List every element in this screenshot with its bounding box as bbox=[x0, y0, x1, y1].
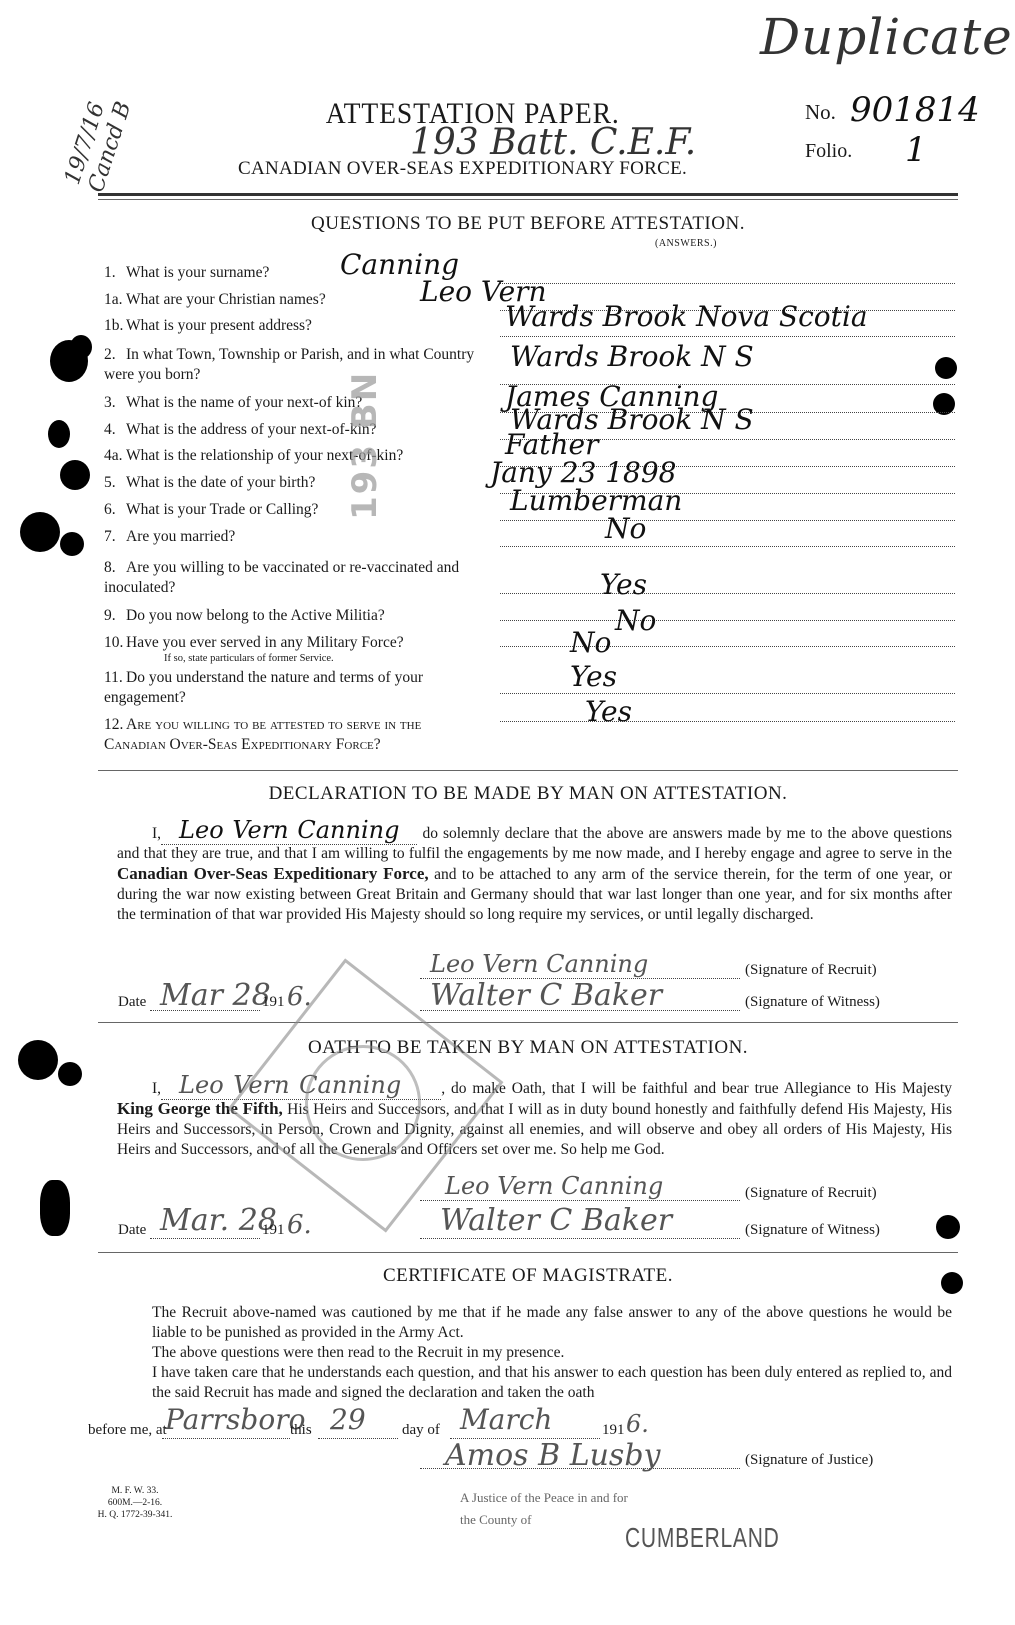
question-number: 10. bbox=[104, 633, 126, 653]
declaration-bold-1: Canadian Over-Seas Expeditionary Force, bbox=[117, 864, 429, 883]
question-text: What is your surname? bbox=[126, 264, 269, 281]
question-number: 6. bbox=[104, 500, 126, 520]
before-me-label: before me, at bbox=[88, 1422, 167, 1439]
justice-of-peace-line-2: the County of bbox=[460, 1512, 532, 1528]
certificate-year-prefix: 191 bbox=[602, 1422, 625, 1439]
oath-date-label: Date bbox=[118, 1222, 146, 1239]
question-text: Do you now belong to the Active Militia? bbox=[126, 607, 385, 624]
question-row: 2.In what Town, Township or Parish, and … bbox=[104, 345, 484, 385]
declaration-prefix: I, bbox=[117, 825, 161, 842]
answer-value: Yes bbox=[600, 568, 647, 601]
battalion-note: 193 Batt. C.E.F. bbox=[410, 122, 696, 163]
question-row: 11.Do you understand the nature and term… bbox=[104, 668, 484, 708]
place-line bbox=[162, 1438, 290, 1439]
answer-line bbox=[500, 593, 955, 594]
punch-hole bbox=[48, 420, 70, 448]
justice-sig-label: (Signature of Justice) bbox=[745, 1452, 873, 1469]
answers-heading: (ANSWERS.) bbox=[655, 238, 717, 249]
punch-hole bbox=[40, 1180, 70, 1236]
question-text: Are you willing to be vaccinated or re-v… bbox=[104, 559, 459, 596]
answer-value: Yes bbox=[570, 660, 617, 693]
question-number: 7. bbox=[104, 527, 126, 547]
duplicate-note: Duplicate bbox=[760, 8, 1013, 66]
question-number: 11. bbox=[104, 668, 126, 688]
document-subtitle: CANADIAN OVER-SEAS EXPEDITIONARY FORCE. bbox=[238, 158, 687, 180]
punch-hole bbox=[18, 1040, 58, 1080]
oath-text-1: , do make Oath, that I will be faithful … bbox=[441, 1080, 952, 1097]
this-label: this bbox=[290, 1422, 312, 1439]
question-number: 1a. bbox=[104, 290, 126, 310]
question-row: 10.Have you ever served in any Military … bbox=[104, 633, 484, 664]
oath-witness-sig-line bbox=[420, 1238, 740, 1239]
question-text: Are you married? bbox=[126, 528, 235, 545]
section-divider bbox=[98, 770, 958, 771]
oath-heading: OATH TO BE TAKEN BY MAN ON ATTESTATION. bbox=[98, 1037, 958, 1059]
question-text: What is your Trade or Calling? bbox=[126, 501, 318, 518]
question-number: 5. bbox=[104, 473, 126, 493]
declaration-heading: DECLARATION TO BE MADE BY MAN ON ATTESTA… bbox=[98, 783, 958, 805]
punch-hole bbox=[58, 1062, 82, 1086]
punch-hole bbox=[935, 357, 957, 379]
question-text: What is the address of your next-of-kin? bbox=[126, 421, 377, 438]
punch-hole bbox=[60, 460, 90, 490]
declaration-name: Leo Vern Canning bbox=[161, 816, 417, 845]
declaration-date-label: Date bbox=[118, 994, 146, 1011]
certificate-para-1: The Recruit above-named was cautioned by… bbox=[117, 1303, 952, 1343]
question-text: What is your present address? bbox=[126, 317, 312, 334]
punch-hole bbox=[936, 1215, 960, 1239]
question-number: 2. bbox=[104, 345, 126, 365]
question-text: What are your Christian names? bbox=[126, 291, 326, 308]
declaration-recruit-sig-label: (Signature of Recruit) bbox=[745, 962, 877, 979]
oath-recruit-sig-label: (Signature of Recruit) bbox=[745, 1185, 877, 1202]
question-number: 4a. bbox=[104, 446, 126, 466]
day-of-label: day of bbox=[402, 1422, 440, 1439]
question-row: 5.What is the date of your birth? bbox=[104, 473, 484, 493]
answer-value: Wards Brook N S bbox=[510, 340, 754, 373]
header-divider-thin bbox=[98, 199, 958, 200]
oath-witness-signature: Walter C Baker bbox=[440, 1203, 672, 1238]
header-divider bbox=[98, 193, 958, 196]
question-text: Are you willing to be attested to serve … bbox=[104, 716, 421, 753]
answer-line bbox=[500, 646, 955, 647]
certificate-year-suffix: 6. bbox=[626, 1410, 649, 1438]
form-code-2: 600M.—2-16. bbox=[80, 1497, 190, 1509]
declaration-text: I,Leo Vern Canning do solemnly declare t… bbox=[117, 820, 952, 925]
punch-hole bbox=[20, 512, 60, 552]
answer-line bbox=[500, 693, 955, 694]
day-line bbox=[318, 1438, 398, 1439]
question-text: What is the date of your birth? bbox=[126, 474, 315, 491]
certificate-heading: CERTIFICATE OF MAGISTRATE. bbox=[98, 1265, 958, 1287]
certificate-para-2: The above questions were then read to th… bbox=[117, 1343, 952, 1363]
oath-date-line bbox=[150, 1238, 260, 1239]
oath-witness-sig-label: (Signature of Witness) bbox=[745, 1222, 880, 1239]
declaration-year-prefix: 191 bbox=[262, 994, 285, 1011]
answer-value: No bbox=[570, 626, 611, 659]
certificate-para-3: I have taken care that he understands ea… bbox=[117, 1363, 952, 1403]
oath-recruit-sig-line bbox=[420, 1200, 740, 1201]
question-number: 1. bbox=[104, 263, 126, 283]
question-row: 6.What is your Trade or Calling? bbox=[104, 500, 484, 520]
folio-value: 1 bbox=[905, 130, 927, 170]
answer-line bbox=[500, 283, 955, 284]
question-row: 9.Do you now belong to the Active Militi… bbox=[104, 606, 484, 626]
oath-year-suffix: 6. bbox=[287, 1210, 312, 1240]
question-text: Do you understand the nature and terms o… bbox=[104, 669, 423, 706]
answer-line bbox=[500, 620, 955, 621]
answer-value: No bbox=[605, 512, 646, 545]
answer-value: Lumberman bbox=[510, 484, 682, 517]
question-text: What is the name of your next-of kin? bbox=[126, 394, 362, 411]
question-text: Have you ever served in any Military For… bbox=[126, 634, 404, 651]
question-sub-note: If so, state particulars of former Servi… bbox=[104, 653, 484, 664]
answer-value: Wards Brook Nova Scotia bbox=[505, 300, 868, 333]
declaration-recruit-signature: Leo Vern Canning bbox=[430, 950, 648, 978]
oath-recruit-signature: Leo Vern Canning bbox=[445, 1172, 663, 1200]
question-number: 8. bbox=[104, 558, 126, 578]
question-number: 12. bbox=[104, 715, 126, 735]
question-row: 4a.What is the relationship of your next… bbox=[104, 446, 484, 466]
question-row: 1b.What is your present address? bbox=[104, 316, 484, 336]
oath-prefix: I, bbox=[117, 1080, 161, 1097]
question-row: 8.Are you willing to be vaccinated or re… bbox=[104, 558, 484, 598]
question-number: 3. bbox=[104, 393, 126, 413]
justice-sig-line bbox=[420, 1468, 740, 1469]
oath-date: Mar. 28 bbox=[160, 1203, 277, 1238]
oath-year-prefix: 191 bbox=[262, 1222, 285, 1239]
punch-hole bbox=[70, 335, 92, 359]
question-number: 9. bbox=[104, 606, 126, 626]
justice-of-peace-line-1: A Justice of the Peace in and for bbox=[460, 1490, 628, 1506]
answer-line bbox=[500, 520, 955, 521]
county-stamp: CUMBERLAND bbox=[625, 1522, 780, 1554]
question-row: 4.What is the address of your next-of-ki… bbox=[104, 420, 484, 440]
official-stamp-seal bbox=[305, 1045, 421, 1161]
section-divider bbox=[98, 1022, 958, 1023]
question-row: 3.What is the name of your next-of kin? bbox=[104, 393, 484, 413]
question-row: 12.Are you willing to be attested to ser… bbox=[104, 715, 484, 755]
question-number: 1b. bbox=[104, 316, 126, 336]
answer-line bbox=[500, 546, 955, 547]
certificate-day: 29 bbox=[330, 1403, 366, 1436]
question-text: In what Town, Township or Parish, and in… bbox=[104, 346, 474, 383]
answer-line bbox=[500, 336, 955, 337]
form-code-1: M. F. W. 33. bbox=[80, 1485, 190, 1497]
answer-line bbox=[500, 721, 955, 722]
declaration-witness-signature: Walter C Baker bbox=[430, 978, 662, 1013]
declaration-date-line bbox=[150, 1010, 260, 1011]
questions-heading: QUESTIONS TO BE PUT BEFORE ATTESTATION. bbox=[98, 213, 958, 235]
certificate-place: Parrsboro bbox=[165, 1403, 305, 1436]
question-row: 7.Are you married? bbox=[104, 527, 484, 547]
folio-label: Folio. bbox=[805, 140, 852, 163]
declaration-witness-sig-line bbox=[420, 1010, 740, 1011]
battalion-stamp: 193 BN bbox=[345, 371, 385, 520]
section-divider bbox=[98, 1252, 958, 1253]
answer-value: No bbox=[615, 604, 656, 637]
regimental-number: 901814 bbox=[850, 90, 980, 130]
declaration-witness-sig-label: (Signature of Witness) bbox=[745, 994, 880, 1011]
number-label: No. bbox=[805, 100, 836, 125]
declaration-date: Mar 28 bbox=[160, 978, 271, 1013]
certificate-month: March bbox=[460, 1403, 552, 1436]
punch-hole bbox=[60, 532, 84, 556]
answer-value: Yes bbox=[585, 695, 632, 728]
form-code-3: H. Q. 1772-39-341. bbox=[80, 1509, 190, 1521]
certificate-text: The Recruit above-named was cautioned by… bbox=[117, 1303, 952, 1403]
question-number: 4. bbox=[104, 420, 126, 440]
